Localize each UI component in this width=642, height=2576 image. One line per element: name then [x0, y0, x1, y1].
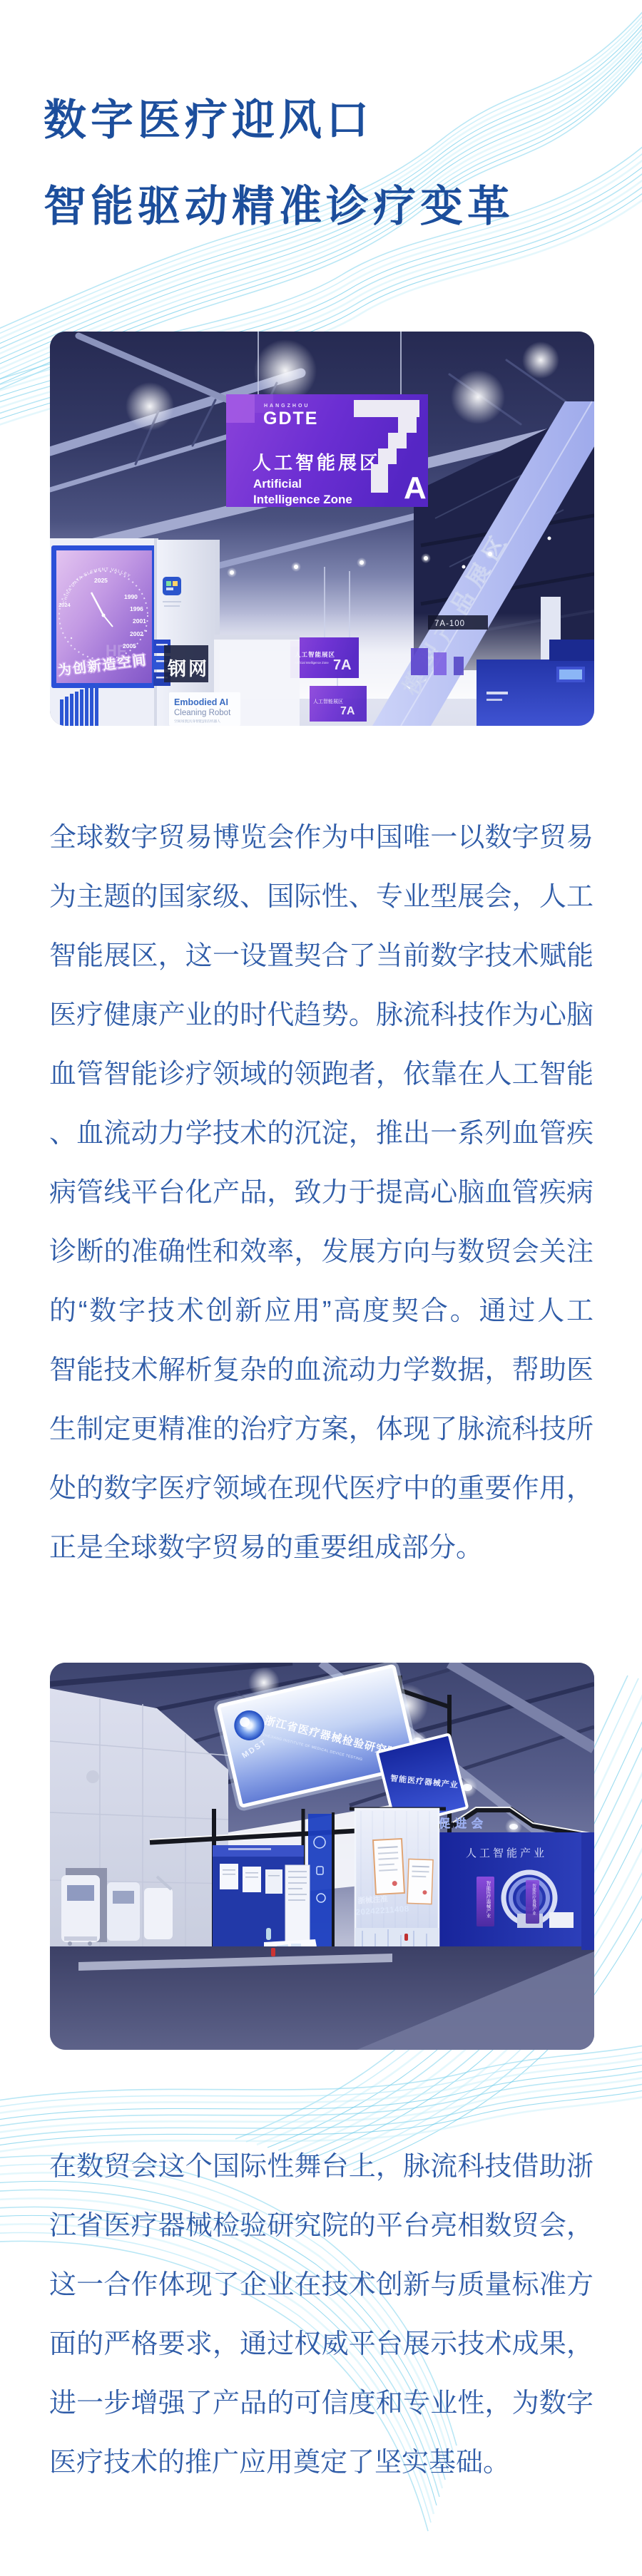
right-wall-slice — [581, 1832, 594, 1950]
year-2025: 2025 — [94, 577, 108, 584]
exhibition-hall-photo: HANGZHOU GDTE 人工智能展区 Artificial Intellig… — [50, 332, 594, 726]
far-banner-hall: 7A — [340, 705, 355, 717]
mid-banner-zone-en: Artificial Intelligence Zone — [295, 661, 329, 664]
data-valley-lightbox: CHINA DATA-ELEMENT VALLEY 2025 1990 1996… — [50, 538, 158, 726]
svg-text:钢网: 钢网 — [168, 658, 209, 679]
certificate-2 — [407, 1859, 433, 1904]
booth-sign-line1: Embodied AI — [174, 697, 228, 707]
year-2001: 2001 — [133, 617, 146, 625]
info-stand-board — [285, 1865, 310, 1942]
paragraph-line: 这一合作体现了企业在技术创新与质量标准方 — [49, 2256, 593, 2315]
paragraph-line: 的“数字技术创新应用”高度契合。通过人工 — [49, 1282, 593, 1341]
certificate-1 — [373, 1839, 404, 1894]
glow-outline-text: 促进会 — [439, 1817, 488, 1830]
mid-banner-hall: 7A — [333, 657, 352, 673]
article-paragraph-2: 在数贸会这个国际性舞台上，脉流科技借助浙 江省医疗器械检验研究院的平台亮相数贸会… — [49, 2138, 593, 2493]
article-paragraph-1: 全球数字贸易博览会作为中国唯一以数字贸易 为主题的国家级、国际性、专业型展会，人… — [49, 809, 593, 1578]
paragraph-line: 、血流动力学技术的沉淀，推出一系列血管疾 — [49, 1104, 593, 1164]
water-bottle — [266, 1928, 271, 1940]
pillar-logo-icon — [163, 577, 181, 595]
gdte-logo: GDTE — [263, 409, 318, 429]
year-1996: 1996 — [130, 605, 143, 612]
article-page: { "title": { "line1": "数字医疗迎风口", "line2"… — [0, 0, 642, 2576]
purple-banner-text-2: 智能医疗器械产业 — [531, 1883, 536, 1916]
fire-extinguisher-1 — [271, 1948, 275, 1956]
paragraph-line: 医疗技术的推广应用奠定了坚实基础。 — [49, 2433, 593, 2493]
booth-sign-line2: Cleaning Robot — [174, 709, 231, 717]
year-2024: 2024 — [58, 602, 71, 608]
paragraph-line: 智能展区，这一设置契合了当前数字技术赋能 — [49, 927, 593, 986]
certificate-led-screen: 浙械注准 20242211408 — [350, 1809, 446, 1949]
year-1990: 1990 — [124, 593, 138, 600]
page-title-line-1: 数字医疗迎风口 — [44, 97, 373, 144]
fire-extinguisher-2 — [404, 1934, 408, 1941]
far-banner-zone-cn: 人工智能展区 — [313, 698, 343, 704]
paragraph-line: 血管智能诊疗领域的领跑者，依靠在人工智能 — [49, 1045, 593, 1104]
paragraph-line: 医疗健康产业的时代趋势。脉流科技作为心脑 — [49, 986, 593, 1045]
paragraph-line: 病管线平台化产品，致力于提高心脑血管疾病 — [49, 1164, 593, 1223]
paragraph-line: 进一步增强了产品的可信度和专业性，为数字 — [49, 2374, 593, 2433]
ai-zone-banner-far: 人工智能展区 7A — [310, 686, 367, 722]
ai-zone-banner-mid: 人工智能展区 Artificial Intelligence Zone 7A — [290, 637, 359, 678]
paragraph-line: 江省医疗器械检验研究院的平台亮相数贸会， — [49, 2197, 593, 2256]
paragraph-line: 在数贸会这个国际性舞台上，脉流科技借助浙 — [49, 2138, 593, 2197]
page-title-line-2: 智能驱动精准诊疗变革 — [44, 183, 514, 230]
paragraph-line: 正是全球数字贸易的重要组成部分。 — [49, 1519, 593, 1578]
wall-text: 人工智能产业 — [466, 1847, 547, 1859]
paragraph-line: 全球数字贸易博览会作为中国唯一以数字贸易 — [49, 809, 593, 868]
paragraph-line: 处的数字医疗领域在现代医疗中的重要作用， — [49, 1459, 593, 1519]
mid-banner-zone-cn: 人工智能展区 — [295, 651, 335, 658]
banner-hall-letter: A — [404, 471, 427, 506]
hall-number-tag: 7A-100 — [428, 615, 488, 630]
mdst-booth-photo: MDST 浙江省医疗器械检验研究院 ZHEJIANG INSTITUTE OF … — [50, 1663, 594, 2050]
svg-text:7A-100: 7A-100 — [434, 620, 465, 628]
blue-glass-panel — [308, 1814, 332, 1949]
paragraph-line: 为主题的国家级、国际性、专业型展会，人工 — [49, 868, 593, 927]
booth-sign-line3: 空间场景[具身智能]清洁机器人 — [174, 719, 220, 724]
paragraph-line: 面的严格要求，通过权威平台展示技术成果， — [49, 2315, 593, 2374]
ai-zone-banner: HANGZHOU GDTE 人工智能展区 Artificial Intellig… — [226, 394, 428, 507]
banner-zone-en-2: Intelligence Zone — [253, 493, 352, 506]
ai-industry-wall: 人工智能产业 — [435, 1832, 594, 1946]
steel-net-sign: 钢网 — [164, 645, 209, 682]
banner-zone-cn: 人工智能展区 — [253, 452, 381, 473]
paragraph-line: 生制定更精准的治疗方案，体现了脉流科技所 — [49, 1400, 593, 1459]
banner-zone-en-1: Artificial — [253, 477, 302, 491]
year-2002: 2002 — [130, 630, 143, 637]
paragraph-line: 诊断的准确性和效率，发展方向与数贸会关注 — [49, 1223, 593, 1282]
mdst-booth-illustration: MDST 浙江省医疗器械检验研究院 ZHEJIANG INSTITUTE OF … — [50, 1663, 594, 2050]
banner-city-label: HANGZHOU — [264, 404, 310, 409]
paragraph-line: 智能技术解析复杂的血流动力学数据，帮助医 — [49, 1341, 593, 1400]
purple-banner-text-1: 智能医疗器械产业 — [486, 1880, 491, 1919]
exhibition-hall-illustration: HANGZHOU GDTE 人工智能展区 Artificial Intellig… — [50, 332, 594, 726]
